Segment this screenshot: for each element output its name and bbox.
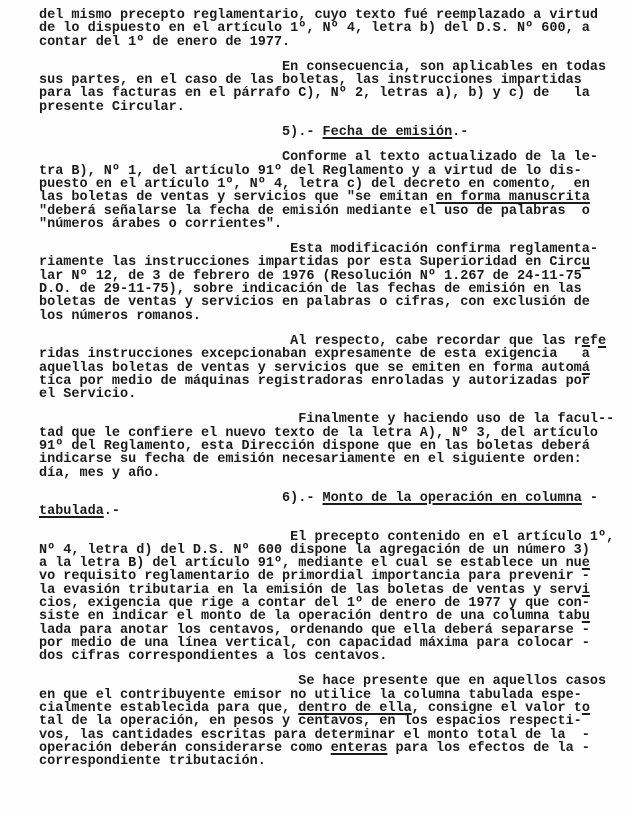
text-line: los números romanos. — [39, 310, 608, 323]
underlined-text: e — [598, 334, 606, 349]
text-line: cialmente establecida para que, dentro d… — [39, 702, 608, 715]
text-line: lar Nº 12, de 3 de febrero de 1976 (Reso… — [39, 270, 608, 283]
text-run: - — [582, 491, 598, 506]
section-heading: 6).- Monto de la operación en columna -t… — [39, 492, 608, 519]
text-line: tabulada.- — [39, 505, 608, 518]
text-line: Conforme al texto actualizado de la le- — [39, 151, 608, 164]
paragraph: En consecuencia, son aplicables en todas… — [39, 61, 608, 114]
paragraph: Al respecto, cabe recordar que las refer… — [39, 335, 608, 401]
document-body: del mismo precepto reglamentario, cuyo t… — [39, 9, 608, 769]
text-line: contar del 1º de enero de 1977. — [39, 36, 608, 49]
paragraph: Esta modificación confirma reglamenta-ri… — [39, 243, 608, 323]
text-run: .- — [452, 125, 468, 140]
text-line: 6).- Monto de la operación en columna - — [39, 492, 608, 505]
text-line: tad que le confiere el nuevo texto de la… — [39, 427, 608, 440]
text-line: Finalmente y haciendo uso de la facul-- — [39, 413, 608, 426]
section-heading: 5).- Fecha de emisión.- — [39, 126, 608, 139]
text-line: vo requisito reglamentario de primordial… — [39, 570, 608, 583]
text-line: correspondiente tributación. — [39, 755, 608, 768]
text-line: sus partes, en el caso de las boletas, l… — [39, 74, 608, 87]
text-line: boletas de ventas y servicios en palabra… — [39, 296, 608, 309]
text-line: operación deberán considerarse como ente… — [39, 742, 608, 755]
text-line: la evasión tributaria en la emisión de l… — [39, 584, 608, 597]
text-line: 91º del Reglamento, esta Dirección dispo… — [39, 440, 608, 453]
text-line: vos, las cantidades escritas para determ… — [39, 729, 608, 742]
text-run: día, mes y año. — [39, 466, 161, 481]
text-run: presente Circular. — [39, 100, 185, 115]
text-line: Se hace presente que en aquellos casos — [39, 675, 608, 688]
text-line: a la letra B) del artículo 91º, mediante… — [39, 557, 608, 570]
scanned-document: { "page": { "paper_color": "#fefefe", "i… — [0, 0, 630, 816]
text-line: del mismo precepto reglamentario, cuyo t… — [39, 9, 608, 22]
text-line: el Servicio. — [39, 388, 608, 401]
text-run: los números romanos. — [39, 309, 201, 324]
text-run: "números árabes o corrientes". — [39, 217, 282, 232]
text-line: ridas instrucciones excepcionaban expres… — [39, 348, 608, 361]
text-line: Esta modificación confirma reglamenta- — [39, 243, 608, 256]
text-line: En consecuencia, son aplicables en todas — [39, 61, 608, 74]
text-line: El precepto contenido en el artículo 1º, — [39, 531, 608, 544]
text-line: D.O. de 29-11-75), sobre indicación de l… — [39, 283, 608, 296]
text-line: 5).- Fecha de emisión.- — [39, 126, 608, 139]
text-run: dos cifras correspondientes a los centav… — [39, 649, 387, 664]
text-run: el Servicio. — [39, 387, 136, 402]
text-line: "deberá señalarse la fecha de emisión me… — [39, 205, 608, 218]
text-run: 5).- — [39, 125, 323, 140]
underlined-text: Fecha de emisión — [323, 125, 453, 140]
text-line: tica por medio de máquinas registradoras… — [39, 375, 608, 388]
text-line: dos cifras correspondientes a los centav… — [39, 650, 608, 663]
text-line: riamente las instrucciones impartidas po… — [39, 256, 608, 269]
paragraph: del mismo precepto reglamentario, cuyo t… — [39, 9, 608, 49]
text-line: de lo dispuesto en el artículo 1º, Nº 4,… — [39, 22, 608, 35]
text-line: para las facturas en el párrafo C), Nº 2… — [39, 87, 608, 100]
document-page: del mismo precepto reglamentario, cuyo t… — [0, 0, 630, 816]
underlined-text: enteras — [331, 741, 388, 756]
text-line: puesto en el artículo 1º, Nº 4, letra c)… — [39, 178, 608, 191]
text-line: las boletas de ventas y servicios que "s… — [39, 191, 608, 204]
paragraph: El precepto contenido en el artículo 1º,… — [39, 531, 608, 664]
underlined-text: tabulada — [39, 504, 104, 519]
text-line: lada para anotar los centavos, ordenando… — [39, 624, 608, 637]
text-run: correspondiente tributación. — [39, 754, 266, 769]
text-run: contar del 1º de enero de 1977. — [39, 35, 290, 50]
text-line: en que el contribuyente emisor no utilic… — [39, 689, 608, 702]
text-run: para los efectos de la - — [387, 741, 590, 756]
text-line: tal de la operación, en pesos y centavos… — [39, 715, 608, 728]
text-line: día, mes y año. — [39, 467, 608, 480]
underlined-text: o — [582, 701, 590, 716]
text-line: cios, exigencia que rige a contar del 1º… — [39, 597, 608, 610]
paragraph: Conforme al texto actualizado de la le-t… — [39, 151, 608, 231]
text-line: indicarse su fecha de emisión necesariam… — [39, 453, 608, 466]
text-line: siste en indicar el monto de la operació… — [39, 610, 608, 623]
text-line: tra B), Nº 1, del artículo 91º del Regla… — [39, 165, 608, 178]
text-run: .- — [104, 504, 120, 519]
underlined-text: Monto de la operación en columna — [323, 491, 582, 506]
text-line: "números árabes o corrientes". — [39, 218, 608, 231]
text-line: Nº 4, letra d) del D.S. Nº 600 dispone l… — [39, 544, 608, 557]
text-line: aquellas boletas de ventas y servicios q… — [39, 362, 608, 375]
paragraph: Finalmente y haciendo uso de la facul--t… — [39, 413, 608, 479]
paragraph: Se hace presente que en aquellos casosen… — [39, 675, 608, 768]
text-line: presente Circular. — [39, 101, 608, 114]
text-line: por medio de una línea vertical, con cap… — [39, 637, 608, 650]
